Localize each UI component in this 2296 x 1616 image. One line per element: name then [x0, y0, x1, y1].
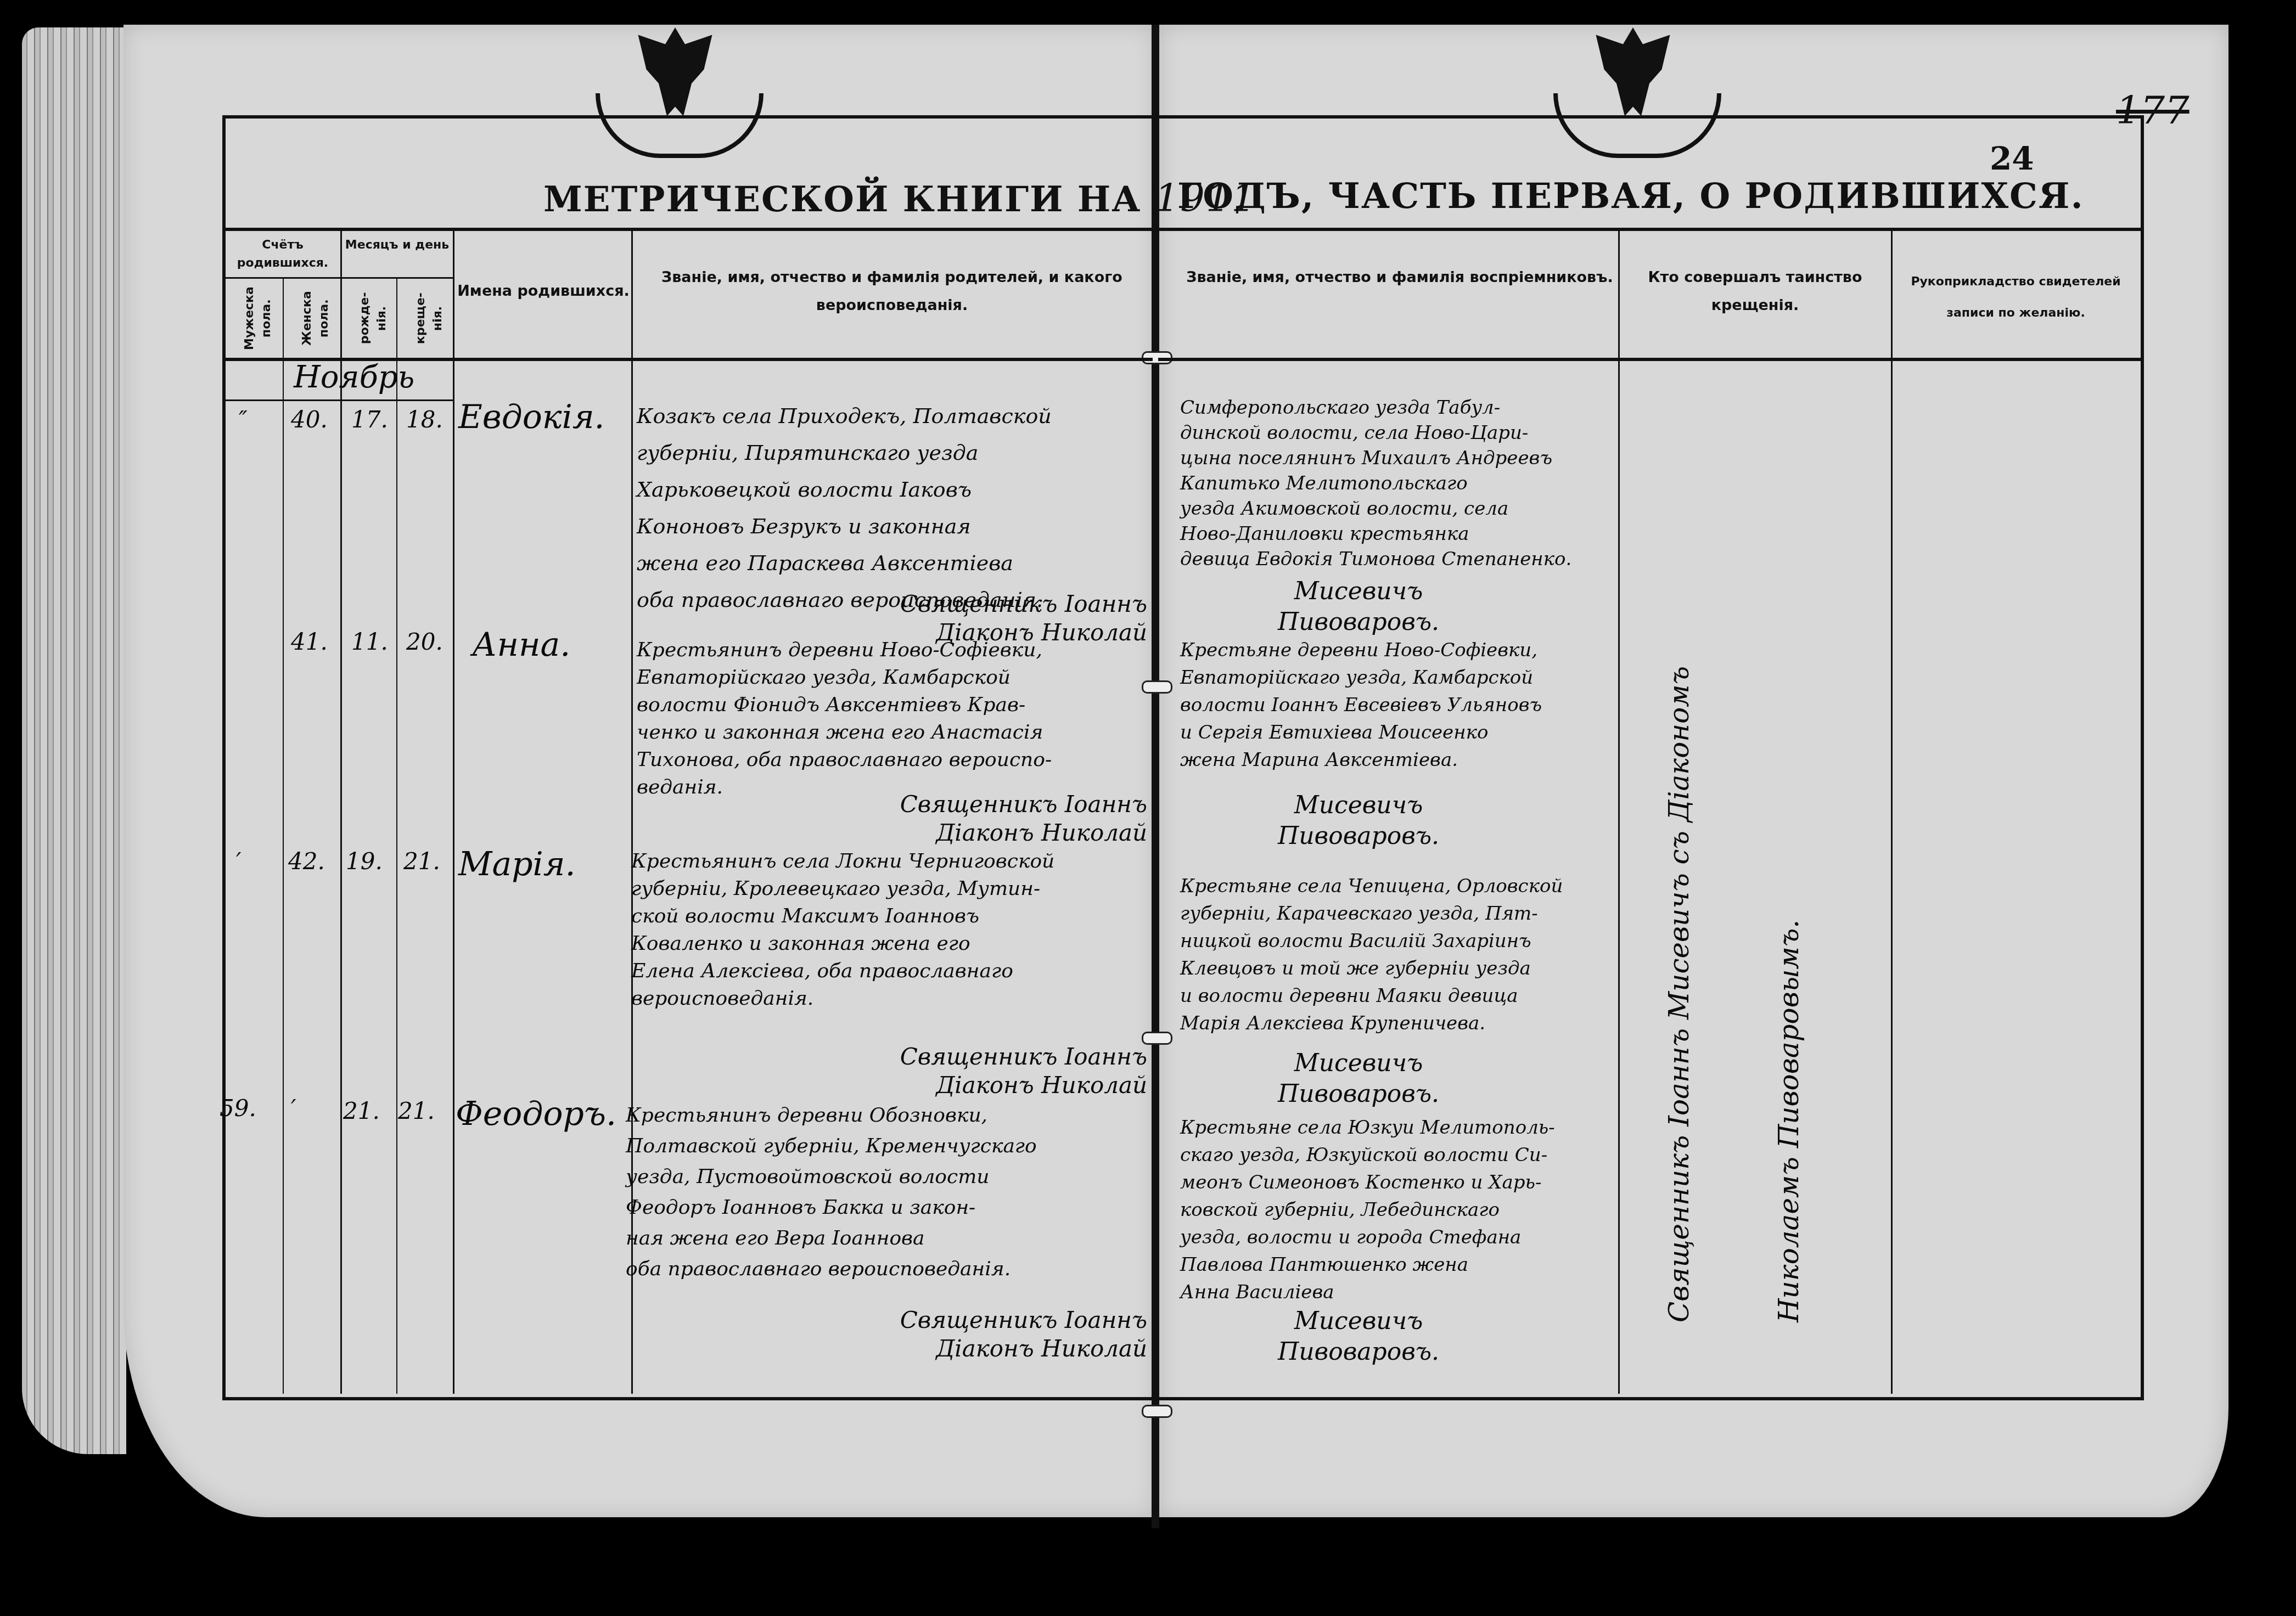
record-4-male-no: 59. [220, 1095, 256, 1122]
record-1-godparents: Симферопольскаго уезда Табул- динской во… [1180, 395, 1614, 572]
header-godparents: Званіе, имя, отчество и фамилія воспріем… [1186, 263, 1614, 291]
record-3-godparent-signature: Мисевичъ Пивоваровъ. [1235, 1048, 1482, 1110]
record-2-female-no: 41. [291, 628, 328, 655]
record-3-female-no: 42. [288, 848, 325, 875]
header-date: Месяцъ и день [341, 236, 453, 254]
month-row-rule [225, 399, 453, 401]
header-baptism: креще-нія. [413, 285, 447, 351]
record-4-parents: Крестьянинъ деревни Обозновки, Полтавско… [626, 1100, 1147, 1285]
record-1-female-no: 40. [291, 406, 328, 433]
record-3-clergy-signature: Священникъ Іоаннъ Діаконъ Николай [768, 1043, 1147, 1100]
col-line [340, 230, 342, 1394]
record-1-birth-day: 17. [351, 406, 388, 433]
binding-stitch [1142, 1405, 1172, 1418]
performer-line-1: Священникъ Іоаннъ Мисевичъ съ Діакономъ [1663, 527, 1695, 1322]
witnesses-cell [1894, 362, 2138, 1394]
book-page-edges [22, 27, 126, 1454]
record-2-clergy-signature: Священникъ Іоаннъ Діаконъ Николай [768, 790, 1147, 847]
record-2-godparent-signature: Мисевичъ Пивоваровъ. [1235, 790, 1482, 852]
subheader-rule [225, 277, 453, 279]
record-4-child-name: Феодоръ. [456, 1095, 616, 1133]
header-count: Счётъ родившихся. [225, 236, 340, 272]
record-4-godparents: Крестьяне села Юзкуи Мелитополь- скаго у… [1180, 1114, 1614, 1306]
record-3-child-name: Марія. [458, 845, 576, 883]
header-bottom-rule [1158, 358, 2141, 361]
header-top-rule [225, 228, 1153, 231]
record-4-godparent-signature: Мисевичъ Пивоваровъ. [1235, 1306, 1482, 1367]
header-top-rule [1158, 228, 2141, 231]
record-2-child-name: Анна. [472, 626, 570, 664]
col-line [1618, 230, 1620, 1394]
record-4-clergy-signature: Священникъ Іоаннъ Діаконъ Николай [768, 1306, 1147, 1363]
record-2-godparents: Крестьяне деревни Ново-Софіевки, Евпатор… [1180, 637, 1614, 774]
header-parents: Званіе, имя, отчество и фамилія родителе… [637, 263, 1147, 320]
header-birth: рожде-нія. [357, 285, 391, 351]
header-male: Мужеска пола. [242, 285, 276, 351]
record-2-baptism-day: 20. [406, 628, 443, 655]
record-3-baptism-day: 21. [403, 848, 440, 875]
header-witnesses: Рукоприкладство свидетелей записи по жел… [1894, 266, 2138, 329]
record-1-godparent-signature: Мисевичъ Пивоваровъ. [1235, 576, 1482, 638]
col-line [396, 277, 397, 1394]
record-3-birth-day: 19. [346, 848, 383, 875]
record-3-godparents: Крестьяне села Чепицена, Орловской губер… [1180, 872, 1614, 1037]
record-4-birth-day: 21. [343, 1097, 380, 1124]
record-1-male-no: ″ [239, 406, 248, 433]
header-female: Женска пола. [299, 285, 333, 351]
col-line [453, 230, 454, 1394]
col-line [1891, 230, 1893, 1394]
record-4-female-no: ′ [291, 1095, 296, 1122]
record-1-child-name: Евдокія. [458, 398, 605, 436]
performer-line-2: Николаемъ Пивоваровымъ. [1773, 741, 1805, 1322]
record-3-male-no: ′ [236, 848, 242, 875]
record-1-baptism-day: 18. [406, 406, 443, 433]
record-2-parents: Крестьянинъ деревни Ново-Софіевки, Евпат… [637, 637, 1147, 801]
month-label: Ноябрь [294, 359, 414, 395]
record-2-birth-day: 11. [351, 628, 388, 655]
header-performer: Кто совершалъ таинство крещенія. [1622, 263, 1888, 320]
record-3-parents: Крестьянинъ села Локни Черниговской губе… [631, 848, 1147, 1012]
col-line [283, 277, 284, 1394]
record-4-baptism-day: 21. [398, 1097, 435, 1124]
record-1-parents: Козакъ села Приходекъ, Полтавской губерн… [637, 398, 1147, 618]
header-child-name: Имена родившихся. [456, 277, 631, 305]
